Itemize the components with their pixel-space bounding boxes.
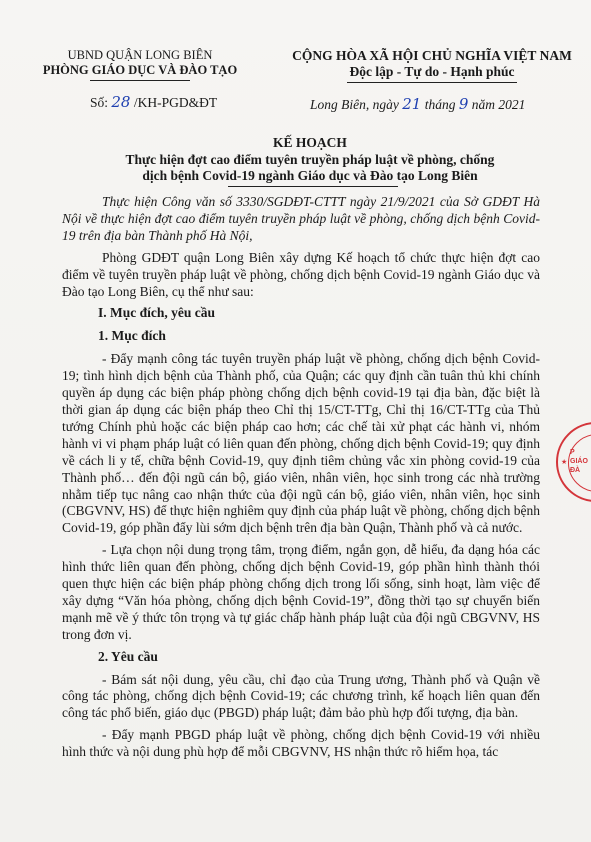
document-page: UBND QUẬN LONG BIÊN PHÒNG GIÁO DỤC VÀ ĐÀ… [0,0,591,842]
official-seal: ★ P GIÁO ĐÀ [556,422,591,502]
national-motto: Độc lập - Tự do - Hạnh phúc [282,64,582,80]
place-date: Long Biên, ngày 21 tháng 9 năm 2021 [310,95,525,113]
section-heading-1: I. Mục đích, yêu cầu [62,305,540,322]
purpose-paragraph-2: - Lựa chọn nội dung trọng tâm, trọng điể… [62,542,540,643]
intro-paragraph: Phòng GDĐT quận Long Biên xây dựng Kế ho… [62,250,540,301]
star-icon: ★ [561,458,567,466]
office-underline [90,80,190,81]
date-month: 9 [459,95,469,113]
document-type: KẾ HOẠCH [60,135,560,152]
title-line-2: dịch bệnh Covid-19 ngành Giáo dục và Đào… [60,168,560,185]
legal-basis: Thực hiện Công văn số 3330/SGDĐT-CTTT ng… [62,194,540,245]
issuing-agency-block: UBND QUẬN LONG BIÊN PHÒNG GIÁO DỤC VÀ ĐÀ… [40,48,240,81]
subsection-heading-requirements: 2. Yêu cầu [62,649,540,666]
date-day: 21 [402,95,421,113]
country-name: CỘNG HÒA XÃ HỘI CHỦ NGHĨA VIỆT NAM [282,48,582,64]
doc-number-code: /KH-PGD&ĐT [130,95,217,110]
document-body: Thực hiện Công văn số 3330/SGDĐT-CTTT ng… [62,194,540,766]
purpose-paragraph-1: - Đẩy mạnh công tác tuyên truyền pháp lu… [62,351,540,537]
requirement-paragraph-2: - Đẩy mạnh PBGD pháp luật về phòng, chốn… [62,727,540,761]
motto-underline [347,82,517,83]
doc-number-label: Số: [90,95,111,110]
national-header-block: CỘNG HÒA XÃ HỘI CHỦ NGHĨA VIỆT NAM Độc l… [282,48,582,83]
office-name: PHÒNG GIÁO DỤC VÀ ĐÀO TẠO [40,63,240,78]
date-prefix: Long Biên, ngày [310,97,402,112]
seal-line-3: ĐÀ [570,466,588,475]
doc-number-handwritten: 28 [111,93,130,111]
subsection-heading-purpose: 1. Mục đích [62,328,540,345]
agency-name: UBND QUẬN LONG BIÊN [40,48,240,63]
seal-line-1: P [570,448,588,457]
date-year: năm 2021 [468,97,525,112]
requirement-paragraph-1: - Bám sát nội dung, yêu cầu, chỉ đạo của… [62,672,540,723]
seal-line-2: GIÁO [570,457,588,466]
seal-text: P GIÁO ĐÀ [570,448,588,475]
title-line-1: Thực hiện đợt cao điểm tuyên truyền pháp… [60,152,560,169]
date-mid: tháng [421,97,459,112]
document-title: KẾ HOẠCH Thực hiện đợt cao điểm tuyên tr… [60,135,560,187]
document-number: Số: 28 /KH-PGD&ĐT [90,93,217,111]
title-underline [228,186,398,187]
